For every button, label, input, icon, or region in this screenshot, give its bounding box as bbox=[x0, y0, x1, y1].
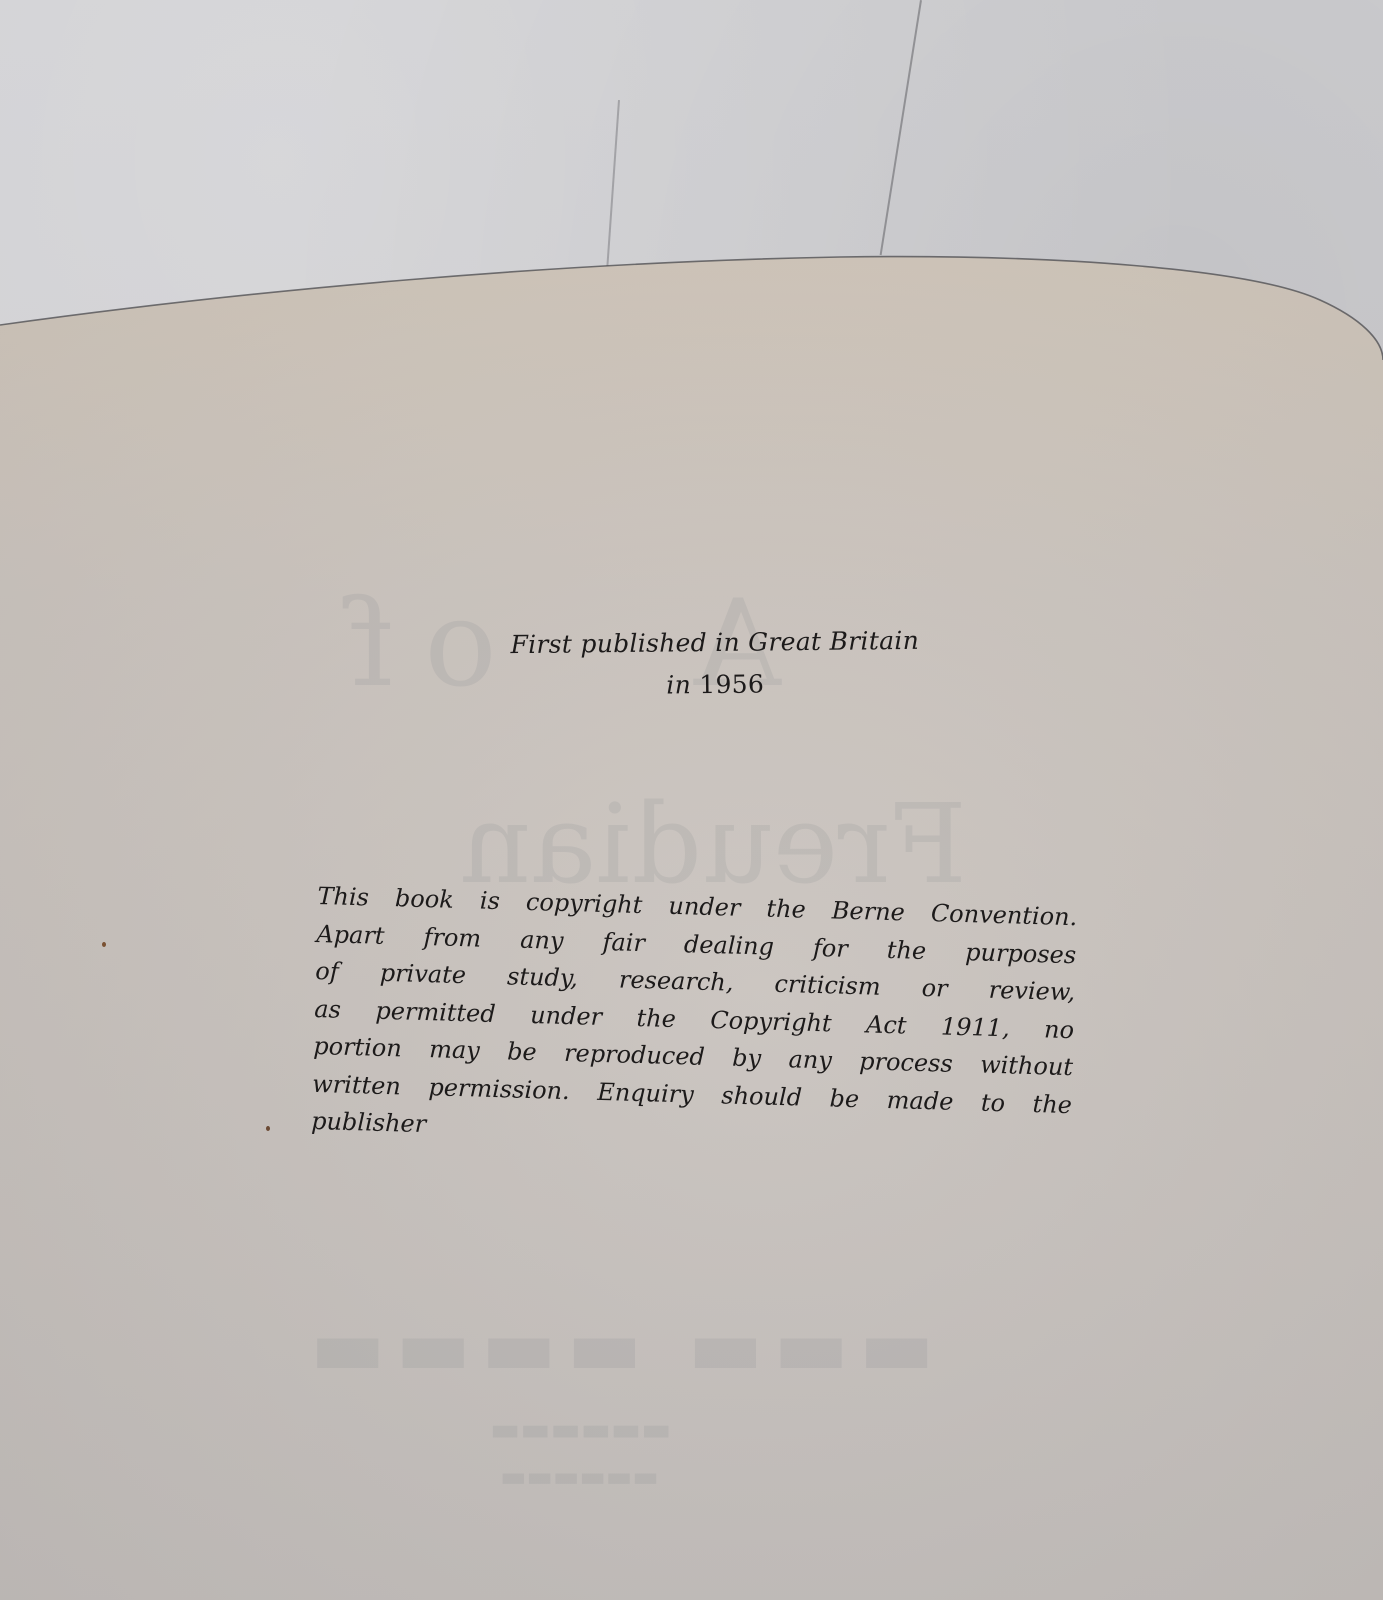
book-page: A of Freudian ▬▬▬ ▬▬▬▬ ▬▬▬▬▬▬ ▬▬▬▬▬▬ Fir… bbox=[0, 0, 1383, 1600]
imprint-line-2: in 1956 bbox=[470, 661, 960, 708]
page-text: First published in Great Britain in 1956… bbox=[0, 0, 1383, 1600]
imprint-statement: First published in Great Britain in 1956 bbox=[470, 619, 961, 708]
imprint-line-1: First published in Great Britain bbox=[470, 619, 960, 666]
imprint-prefix: in bbox=[666, 670, 691, 699]
copyright-notice: This book is copyright under the Berne C… bbox=[311, 878, 1078, 1162]
publication-year: 1956 bbox=[699, 669, 764, 699]
